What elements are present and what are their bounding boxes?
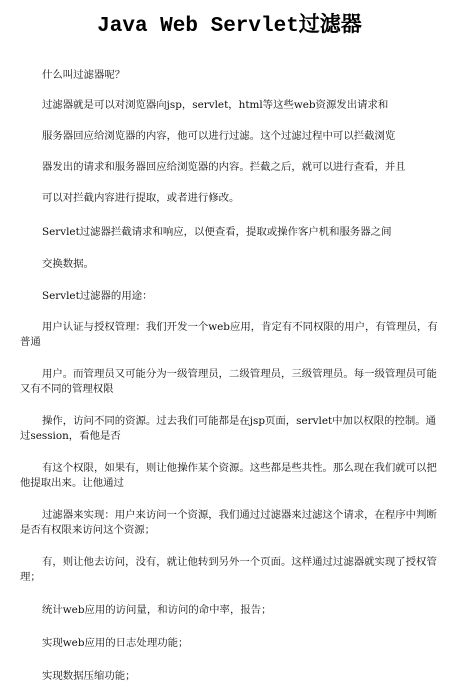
section-heading-uses: Servlet过滤器的用途： — [42, 289, 153, 304]
paragraph-line: 交换数据。 — [42, 257, 94, 272]
paragraph-line: 实现web应用的日志处理功能； — [42, 636, 188, 651]
paragraph-wrapped: 过滤器来实现：用户来访问一个资源，我们通过过滤器来过滤这个请求，在程序中判断是否… — [20, 508, 445, 538]
paragraph-line: 服务器回应给浏览器的内容，他可以进行过滤。这个过滤过程中可以拦截浏览 — [42, 129, 395, 144]
paragraph-wrapped: 用户。而管理员又可能分为一级管理员，二级管理员，三级管理员。每一级管理员可能又有… — [20, 367, 445, 397]
paragraph-line: 统计web应用的访问量，和访问的命中率，报告； — [42, 603, 272, 618]
paragraph-line: Servlet过滤器拦截请求和响应，以便查看，提取或操作客户机和服务器之间 — [42, 225, 391, 240]
paragraph-line: 过滤器就是可以对浏览器向jsp，servlet，html等这些web资源发出请求… — [42, 98, 388, 113]
paragraph-question: 什么叫过滤器呢？ — [42, 68, 125, 83]
document-title: Java Web Servlet过滤器 — [0, 8, 459, 38]
paragraph-wrapped: 有这个权限，如果有，则让他操作某个资源。这些都是些共性。那么现在我们就可以把他提… — [20, 461, 445, 491]
paragraph-line: 器发出的请求和服务器回应给浏览器的内容。拦截之后，就可以进行查看，并且 — [42, 160, 406, 175]
paragraph-wrapped: 有，则让他去访问，没有，就让他转到另外一个页面。这样通过过滤器就实现了授权管理； — [20, 555, 445, 585]
paragraph-line: 可以对拦截内容进行提取，或者进行修改。 — [42, 191, 239, 206]
paragraph-wrapped: 操作，访问不同的资源。过去我们可能都是在jsp页面，servlet中加以权限的控… — [20, 414, 445, 444]
paragraph-line: 实现数据压缩功能； — [42, 669, 136, 684]
paragraph-wrapped: 用户认证与授权管理：我们开发一个web应用，肯定有不同权限的用户，有管理员，有普… — [20, 320, 445, 350]
